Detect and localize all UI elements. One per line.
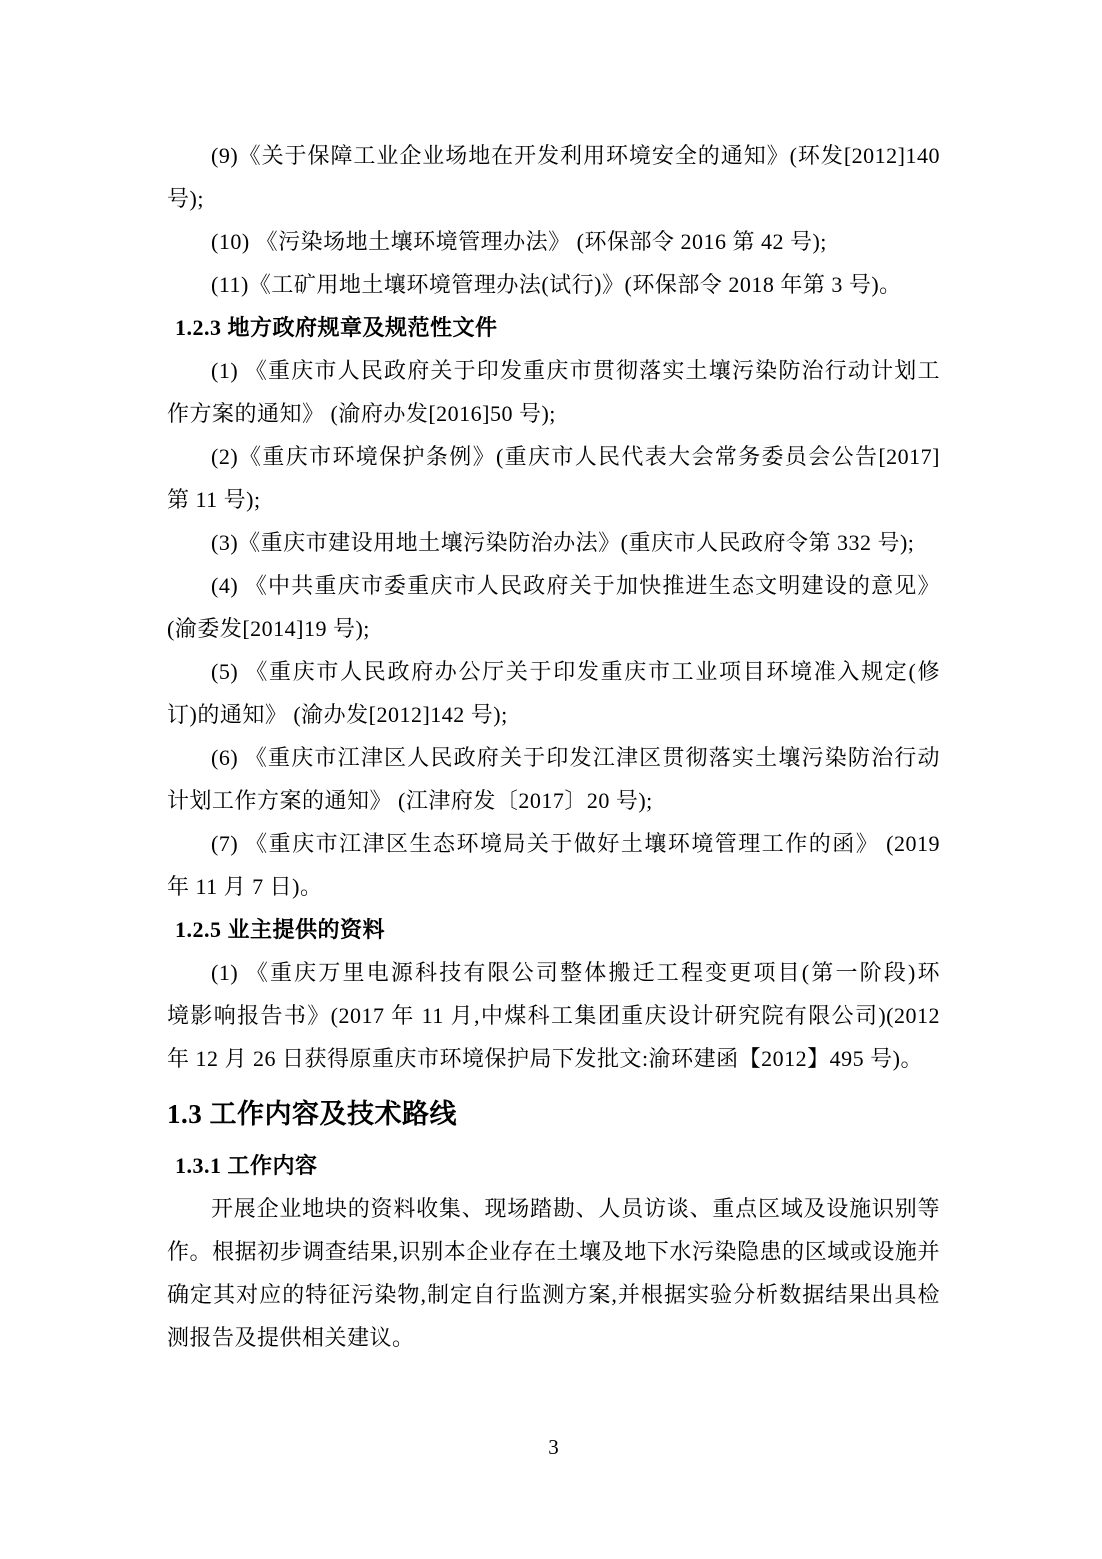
text-line: 年 11 月 7 日)。 — [167, 865, 940, 908]
text-line: (9)《关于保障工业企业场地在开发利用环境安全的通知》(环发[2012]140 — [167, 134, 940, 177]
text-line: 订)的通知》 (渝办发[2012]142 号); — [167, 693, 940, 736]
text-line: (11)《工矿用地土壤环境管理办法(试行)》(环保部令 2018 年第 3 号)… — [167, 263, 940, 306]
paragraph: (1) 《重庆市人民政府关于印发重庆市贯彻落实土壤污染防治行动计划工作方案的通知… — [167, 349, 940, 435]
text-line: 作方案的通知》 (渝府办发[2016]50 号); — [167, 392, 940, 435]
paragraph: (7) 《重庆市江津区生态环境局关于做好土壤环境管理工作的函》 (2019年 1… — [167, 822, 940, 908]
text-line: (4) 《中共重庆市委重庆市人民政府关于加快推进生态文明建设的意见》 — [167, 564, 940, 607]
text-line: 开展企业地块的资料收集、现场踏勘、人员访谈、重点区域及设施识别等工 — [167, 1187, 940, 1230]
paragraph: (9)《关于保障工业企业场地在开发利用环境安全的通知》(环发[2012]140号… — [167, 134, 940, 220]
text-line: 确定其对应的特征污染物,制定自行监测方案,并根据实验分析数据结果出具检 — [167, 1273, 940, 1316]
text-line: 第 11 号); — [167, 478, 940, 521]
text-line: (6) 《重庆市江津区人民政府关于印发江津区贯彻落实土壤污染防治行动 — [167, 736, 940, 779]
text-line: (10) 《污染场地土壤环境管理办法》 (环保部令 2016 第 42 号); — [167, 220, 940, 263]
paragraph: (11)《工矿用地土壤环境管理办法(试行)》(环保部令 2018 年第 3 号)… — [167, 263, 940, 306]
text-line: 境影响报告书》(2017 年 11 月,中煤科工集团重庆设计研究院有限公司)(2… — [167, 994, 940, 1037]
paragraph: (2)《重庆市环境保护条例》(重庆市人民代表大会常务委员会公告[2017]第 1… — [167, 435, 940, 521]
section-heading: 1.3 工作内容及技术路线 — [167, 1090, 940, 1138]
subsection-heading: 1.3.1 工作内容 — [167, 1144, 940, 1187]
subsection-heading: 1.2.5 业主提供的资料 — [167, 908, 940, 951]
paragraph: (4) 《中共重庆市委重庆市人民政府关于加快推进生态文明建设的意见》(渝委发[2… — [167, 564, 940, 650]
text-line: (1) 《重庆万里电源科技有限公司整体搬迁工程变更项目(第一阶段)环 — [167, 951, 940, 994]
paragraph: 开展企业地块的资料收集、现场踏勘、人员访谈、重点区域及设施识别等工作。根据初步调… — [167, 1187, 940, 1359]
paragraph: (10) 《污染场地土壤环境管理办法》 (环保部令 2016 第 42 号); — [167, 220, 940, 263]
text-line: 号); — [167, 177, 940, 220]
paragraph: (3)《重庆市建设用地土壤污染防治办法》(重庆市人民政府令第 332 号); — [167, 521, 940, 564]
document-content: (9)《关于保障工业企业场地在开发利用环境安全的通知》(环发[2012]140号… — [167, 134, 940, 1359]
subsection-heading: 1.2.3 地方政府规章及规范性文件 — [167, 306, 940, 349]
text-line: 年 12 月 26 日获得原重庆市环境保护局下发批文:渝环建函【2012】495… — [167, 1037, 940, 1080]
paragraph: (1) 《重庆万里电源科技有限公司整体搬迁工程变更项目(第一阶段)环境影响报告书… — [167, 951, 940, 1080]
text-line: (2)《重庆市环境保护条例》(重庆市人民代表大会常务委员会公告[2017] — [167, 435, 940, 478]
paragraph: (5) 《重庆市人民政府办公厅关于印发重庆市工业项目环境准入规定(修订)的通知》… — [167, 650, 940, 736]
text-line: (1) 《重庆市人民政府关于印发重庆市贯彻落实土壤污染防治行动计划工 — [167, 349, 940, 392]
text-line: 计划工作方案的通知》 (江津府发〔2017〕20 号); — [167, 779, 940, 822]
text-line: (5) 《重庆市人民政府办公厅关于印发重庆市工业项目环境准入规定(修 — [167, 650, 940, 693]
text-line: (7) 《重庆市江津区生态环境局关于做好土壤环境管理工作的函》 (2019 — [167, 822, 940, 865]
page-number: 3 — [167, 1432, 940, 1462]
text-line: (3)《重庆市建设用地土壤污染防治办法》(重庆市人民政府令第 332 号); — [167, 521, 940, 564]
document-page: (9)《关于保障工业企业场地在开发利用环境安全的通知》(环发[2012]140号… — [0, 0, 1102, 1559]
text-line: (渝委发[2014]19 号); — [167, 607, 940, 650]
paragraph: (6) 《重庆市江津区人民政府关于印发江津区贯彻落实土壤污染防治行动计划工作方案… — [167, 736, 940, 822]
text-line: 测报告及提供相关建议。 — [167, 1316, 940, 1359]
text-line: 作。根据初步调查结果,识别本企业存在土壤及地下水污染隐患的区域或设施并 — [167, 1230, 940, 1273]
